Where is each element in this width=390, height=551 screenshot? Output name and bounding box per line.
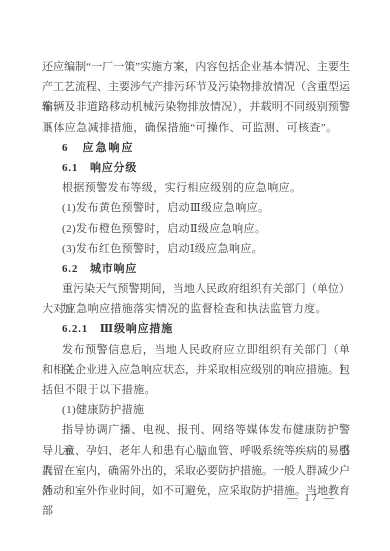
sub-item-health-protection: (1)健康防护措施 — [42, 400, 350, 420]
list-item-orange-alert: (2)发布橙色预警时，启动Ⅱ级应急响应。 — [42, 219, 350, 239]
body-line: 和相关企业进入应急响应状态，并采取相应级别的响应措施。包 — [42, 360, 350, 380]
body-line: 还应编制“一厂一策”实施方案，内容包括企业基本情况、主要生 — [42, 57, 350, 77]
body-line: 括但不限于以下措施。 — [42, 380, 350, 400]
body-line: 具体应急减排措施，确保措施“可操作、可监测、可核查”。 — [42, 118, 350, 138]
body-line: 大对应急响应措施落实情况的监督检查和执法监管力度。 — [42, 299, 350, 319]
page-body-text: 还应编制“一厂一策”实施方案，内容包括企业基本情况、主要生 产工艺流程、主要涉气… — [42, 57, 350, 501]
body-line: 导儿童、孕妇、老年人和患有心脑血管、呼吸系统等疾病的易感人 — [42, 441, 350, 461]
body-line: 指导协调广播、电视、报刊、网络等媒体发布健康防护警示，引 — [42, 420, 350, 440]
heading-6-2-1-level3-measures: 6.2.1 Ⅲ级响应措施 — [42, 319, 350, 339]
body-line: 发布预警信息后，当地人民政府应立即组织有关部门（单位） — [42, 340, 350, 360]
heading-6-1-response-grading: 6.1 响应分级 — [42, 158, 350, 178]
body-line: 根据预警发布等级，实行相应级别的应急响应。 — [42, 178, 350, 198]
page-number: — 17 — — [287, 492, 336, 506]
body-line: 车辆及非道路移动机械污染物排放情况），并载明不同级别预警下 — [42, 97, 350, 117]
body-line: 重污染天气预警期间，当地人民政府组织有关部门（单位）加 — [42, 279, 350, 299]
heading-6-2-city-response: 6.2 城市响应 — [42, 259, 350, 279]
list-item-yellow-alert: (1)发布黄色预警时，启动Ⅲ级应急响应。 — [42, 198, 350, 218]
list-item-red-alert: (3)发布红色预警时，启动Ⅰ级应急响应。 — [42, 239, 350, 259]
document-page: 还应编制“一厂一策”实施方案，内容包括企业基本情况、主要生 产工艺流程、主要涉气… — [0, 0, 390, 551]
heading-6-emergency-response: 6 应急响应 — [42, 138, 350, 158]
body-line: 产工艺流程、主要涉气产排污环节及污染物排放情况（含重型运输 — [42, 77, 350, 97]
body-line: 群留在室内，确需外出的，采取必要防护措施。一般人群减少户外 — [42, 461, 350, 481]
